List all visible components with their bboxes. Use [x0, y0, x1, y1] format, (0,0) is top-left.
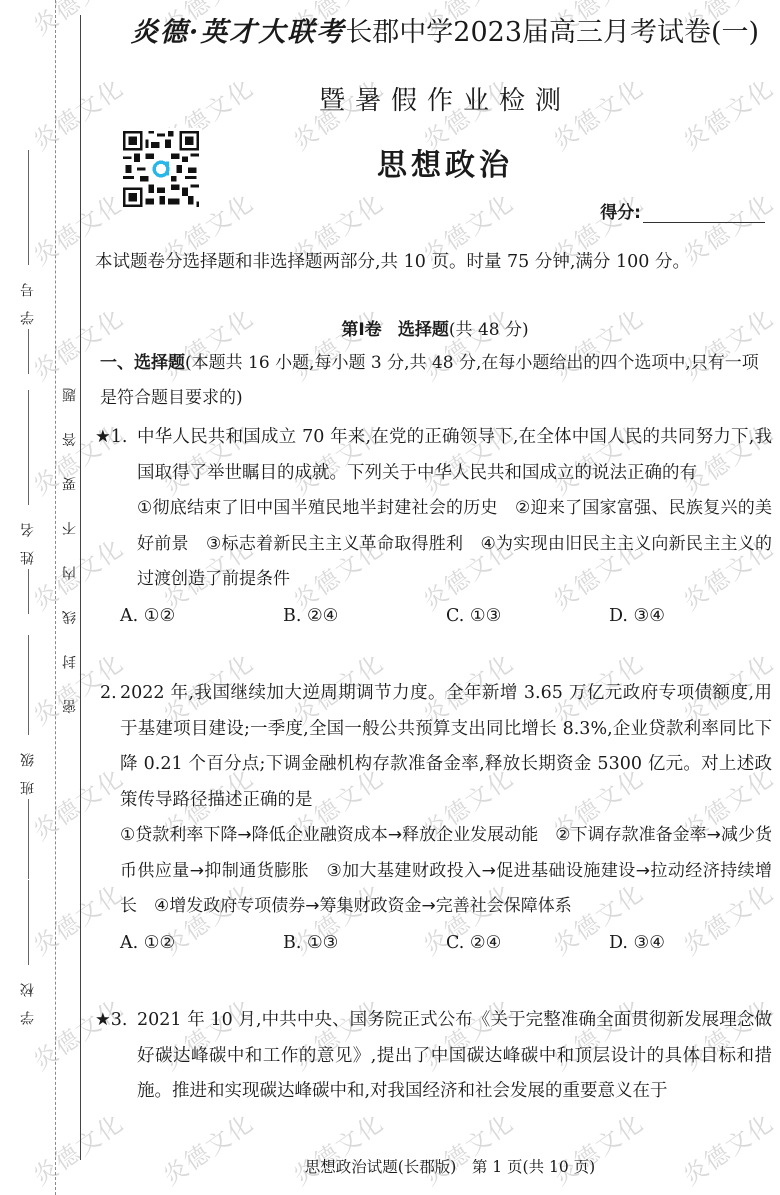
fill-line [28, 799, 29, 879]
question-statements: ①贷款利率下降→降低企业融资成本→释放企业发展动能 ②下调存款准备金率→减少货币… [100, 818, 772, 925]
question-statements: ①彻底结束了旧中国半殖民地半封建社会的历史 ②迎来了国家富强、民族复兴的美好前景… [100, 491, 772, 598]
margin-field-name[interactable]: 姓名 [18, 390, 38, 614]
score-label: 得分: [600, 198, 641, 223]
choice-a[interactable]: A. ①② [120, 598, 283, 634]
exam-instructions: 本试题卷分选择题和非选择题两部分,共 10 页。时量 75 分钟,满分 100 … [95, 248, 780, 273]
question-stem: 2022 年,我国继续加大逆周期调节力度。全年新增 3.65 万亿元政府专项债额… [100, 676, 772, 818]
watermark-text: 炎德文化 [24, 0, 129, 42]
binding-solid-line [80, 15, 81, 1160]
section-title: 第Ⅰ卷 [341, 320, 381, 340]
section-points: (共 48 分) [449, 320, 529, 340]
watermark-text: 炎德文化 [284, 1103, 389, 1191]
field-label: 学号 [18, 269, 38, 325]
fill-line [28, 635, 29, 735]
subject-title: 思想政治 [95, 140, 775, 184]
fill-line [28, 569, 29, 614]
watermark-text: 炎德文化 [414, 1103, 519, 1191]
question-1: ★1. 中华人民共和国成立 70 年来,在党的正确领导下,在全体中国人民的共同努… [100, 420, 772, 634]
answer-choices: A. ①② B. ②④ C. ①③ D. ③④ [100, 598, 772, 634]
section-subtitle: 选择题 [398, 320, 449, 340]
exam-title: 炎德·英才大联考长郡中学2023届高三月考试卷(一) [115, 10, 775, 49]
dotted-cut-line [55, 0, 56, 1195]
margin-field-class[interactable]: 班级 [18, 635, 38, 879]
page-footer: 思想政治试题(长郡版) 第 1 页(共 10 页) [95, 1155, 775, 1177]
star-icon: ★ [95, 427, 111, 447]
margin-field-student-id[interactable]: 学号 [18, 150, 38, 374]
score-blank[interactable] [643, 203, 765, 223]
margin-field-school[interactable]: 学校 [18, 880, 38, 1029]
part-instructions: (本题共 16 小题,每小题 3 分,共 48 分,在每小题给出的四个选项中,只… [100, 353, 759, 408]
brand-name: 炎德·英才大联考 [131, 17, 345, 48]
watermark-text: 炎德文化 [674, 1103, 779, 1191]
section-heading: 第Ⅰ卷 选择题(共 48 分) [95, 315, 775, 340]
fill-line [28, 150, 29, 265]
exam-title-rest: 长郡中学2023届高三月考试卷(一) [345, 17, 759, 48]
seal-warning-text: 密 封 线 内 不 要 答 题 [60, 375, 78, 713]
part-title: 一、选择题 [100, 353, 185, 373]
fill-line [28, 329, 29, 374]
star-icon: ★ [95, 1010, 111, 1030]
field-label: 学校 [18, 969, 38, 1025]
choice-d[interactable]: D. ③④ [609, 925, 772, 961]
exam-subtitle: 暨暑假作业检测 [95, 80, 775, 117]
part-heading: 一、选择题(本题共 16 小题,每小题 3 分,共 48 分,在每小题给出的四个… [100, 346, 770, 416]
question-3: ★3. 2021 年 10 月,中共中央、国务院正式公布《关于完整准确全面贯彻新… [100, 1003, 772, 1110]
answer-choices: A. ①② B. ①③ C. ②④ D. ③④ [100, 925, 772, 961]
choice-c[interactable]: C. ①③ [446, 598, 609, 634]
choice-b[interactable]: B. ①③ [283, 925, 446, 961]
question-stem: 2021 年 10 月,中共中央、国务院正式公布《关于完整准确全面贯彻新发展理念… [100, 1003, 772, 1110]
score-field[interactable]: 得分: [600, 198, 765, 223]
question-number: 3. [111, 1010, 128, 1030]
field-label: 班级 [18, 739, 38, 795]
watermark-text: 炎德文化 [154, 1103, 259, 1191]
question-number: 1. [111, 427, 128, 447]
question-stem: 中华人民共和国成立 70 年来,在党的正确领导下,在全体中国人民的共同努力下,我… [100, 420, 772, 491]
question-2: 2. 2022 年,我国继续加大逆周期调节力度。全年新增 3.65 万亿元政府专… [100, 676, 772, 961]
question-number: 2. [100, 683, 117, 703]
fill-line [28, 390, 29, 505]
watermark-text: 炎德文化 [24, 1103, 129, 1191]
choice-c[interactable]: C. ②④ [446, 925, 609, 961]
fill-line [28, 880, 29, 965]
choice-b[interactable]: B. ②④ [283, 598, 446, 634]
field-label: 姓名 [18, 509, 38, 565]
choice-d[interactable]: D. ③④ [609, 598, 772, 634]
choice-a[interactable]: A. ①② [120, 925, 283, 961]
watermark-text: 炎德文化 [544, 1103, 649, 1191]
